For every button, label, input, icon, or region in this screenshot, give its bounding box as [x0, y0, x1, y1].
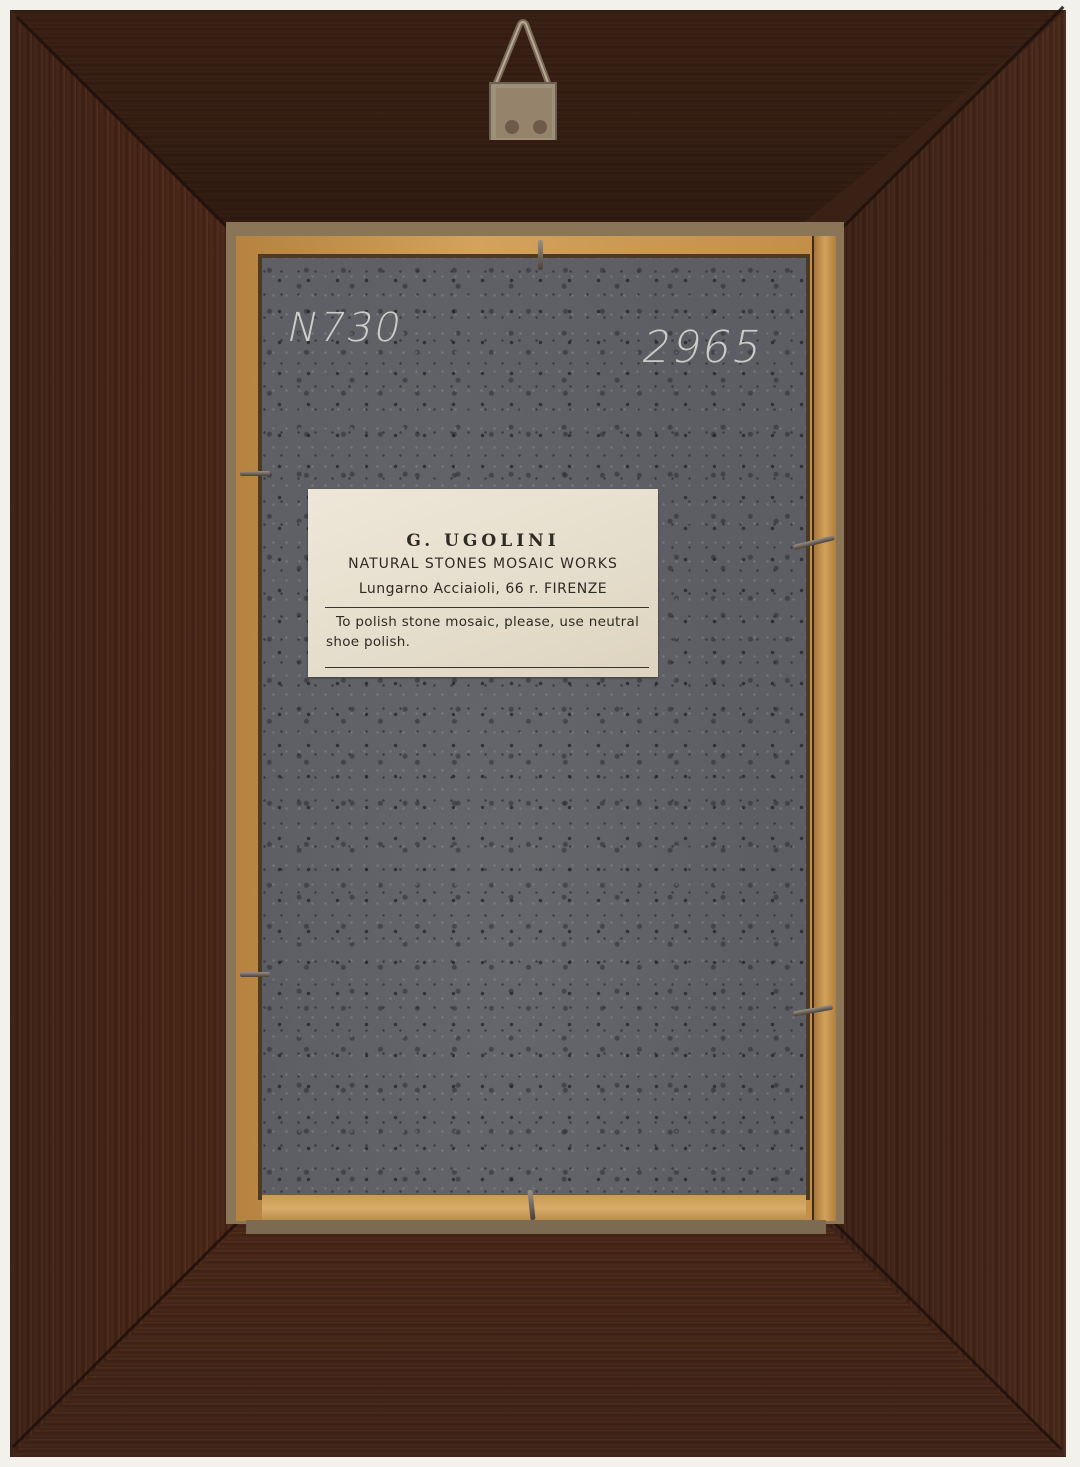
nail-left-upper: [240, 471, 270, 476]
dust-gap: [246, 1220, 826, 1234]
divider: [325, 607, 649, 608]
frame-right-stile: [824, 10, 1066, 1457]
handwritten-inventory-number: N730: [283, 305, 407, 351]
slate-backing: [262, 258, 806, 1194]
slate-texture: [262, 258, 806, 1194]
nail-top: [538, 240, 543, 270]
nail-left-lower: [240, 972, 270, 977]
business-address: Lungarno Acciaioli, 66 r. FIRENZE: [308, 581, 658, 597]
handwritten-catalog-number: 2965: [638, 322, 769, 373]
maker-name: G. UGOLINI: [308, 531, 658, 551]
maker-label: G. UGOLINI NATURAL STONES MOSAIC WORKS L…: [308, 489, 658, 677]
business-name: NATURAL STONES MOSAIC WORKS: [308, 556, 658, 572]
sawtooth-triangle-hanger-icon: [482, 10, 560, 140]
liner-right-strip: [812, 236, 836, 1221]
divider: [325, 667, 649, 668]
frame-left-stile: [10, 10, 242, 1457]
care-instruction: To polish stone mosaic, please, use neut…: [326, 612, 648, 652]
